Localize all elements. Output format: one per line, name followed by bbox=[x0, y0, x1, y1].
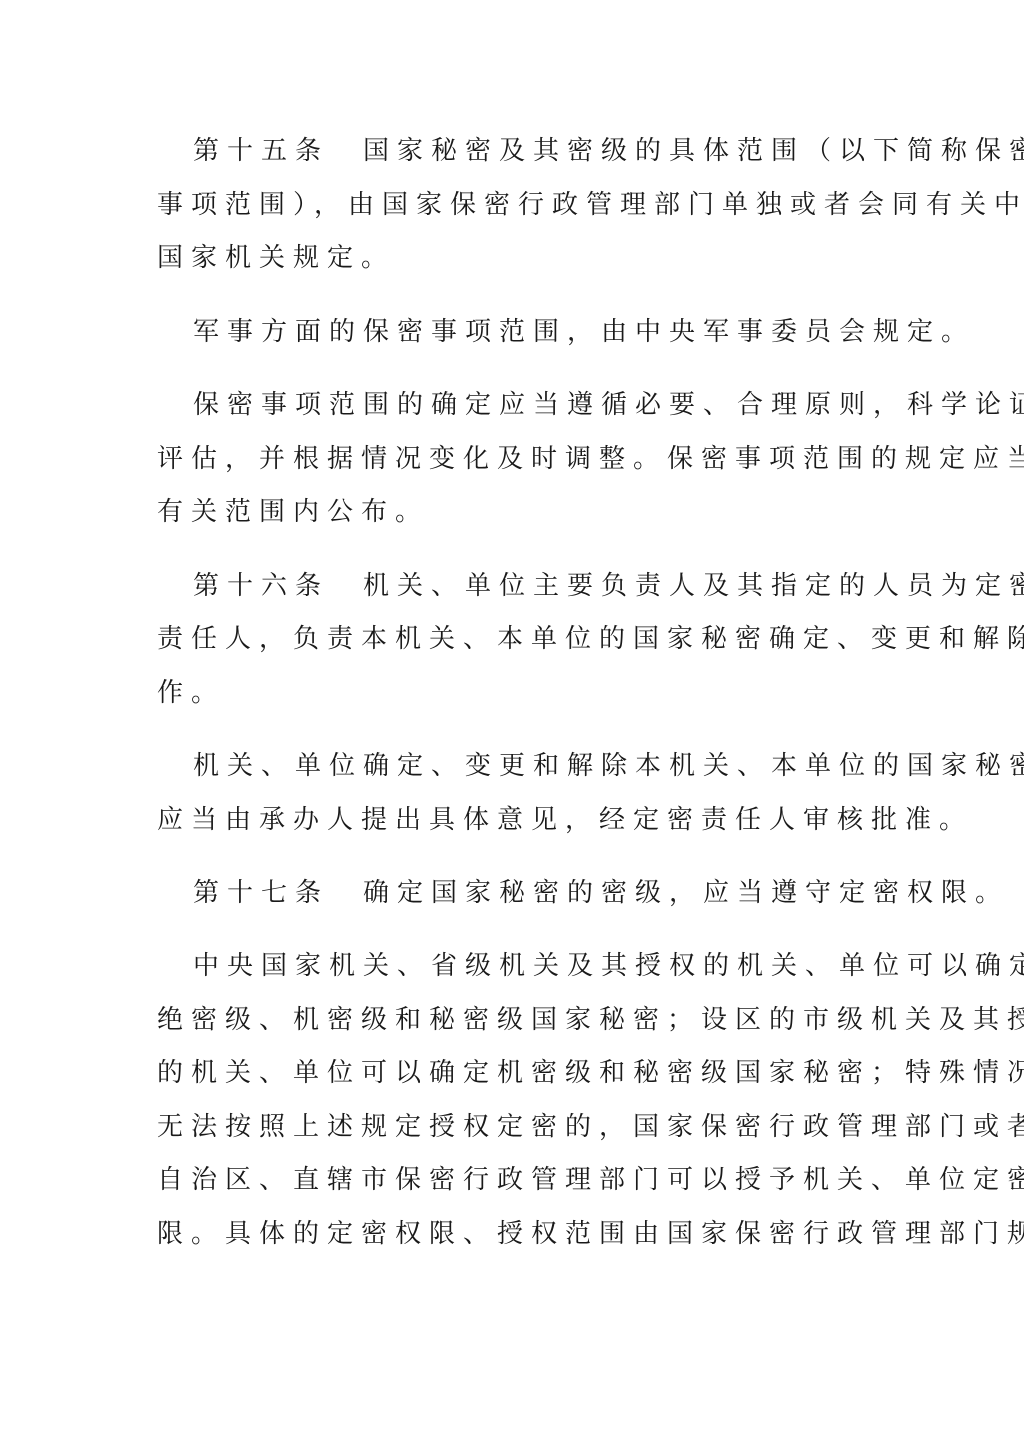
article-16-line-2: 责任人，负责本机关、本单位的国家秘密确定、变更和解除工 bbox=[157, 624, 1024, 654]
authority-line-2: 绝密级、机密级和秘密级国家秘密；设区的市级机关及其授权 bbox=[157, 1005, 1024, 1035]
approval-line-2: 应当由承办人提出具体意见，经定密责任人审核批准。 bbox=[157, 805, 973, 835]
article-15-line-3: 国家机关规定。 bbox=[157, 243, 395, 273]
military-scope-paragraph: 军事方面的保密事项范围，由中央军事委员会规定。 bbox=[193, 317, 975, 347]
authority-line-4: 无法按照上述规定授权定密的，国家保密行政管理部门或者省、 bbox=[157, 1112, 1024, 1142]
article-16-line-3: 作。 bbox=[157, 678, 225, 708]
authority-line-6: 限。具体的定密权限、授权范围由国家保密行政管理部门规定。 bbox=[157, 1219, 1024, 1249]
approval-line-1: 机关、单位确定、变更和解除本机关、本单位的国家秘密， bbox=[193, 751, 1024, 781]
authority-line-1: 中央国家机关、省级机关及其授权的机关、单位可以确定 bbox=[193, 951, 1024, 981]
document-page: 第十五条 国家秘密及其密级的具体范围（以下简称保密 事项范围），由国家保密行政管… bbox=[0, 0, 1024, 1448]
authority-line-5: 自治区、直辖市保密行政管理部门可以授予机关、单位定密权 bbox=[157, 1165, 1024, 1195]
scope-principle-line-1: 保密事项范围的确定应当遵循必要、合理原则，科学论证 bbox=[193, 390, 1024, 420]
scope-principle-line-2: 评估，并根据情况变化及时调整。保密事项范围的规定应当在 bbox=[157, 444, 1024, 474]
authority-line-3: 的机关、单位可以确定机密级和秘密级国家秘密；特殊情况下 bbox=[157, 1058, 1024, 1088]
article-16-line-1: 第十六条 机关、单位主要负责人及其指定的人员为定密 bbox=[193, 571, 1024, 601]
article-15-line-1: 第十五条 国家秘密及其密级的具体范围（以下简称保密 bbox=[193, 136, 1024, 166]
scope-principle-line-3: 有关范围内公布。 bbox=[157, 497, 429, 527]
article-15-line-2: 事项范围），由国家保密行政管理部门单独或者会同有关中央 bbox=[157, 190, 1024, 220]
article-17-line-1: 第十七条 确定国家秘密的密级，应当遵守定密权限。 bbox=[193, 878, 1009, 908]
